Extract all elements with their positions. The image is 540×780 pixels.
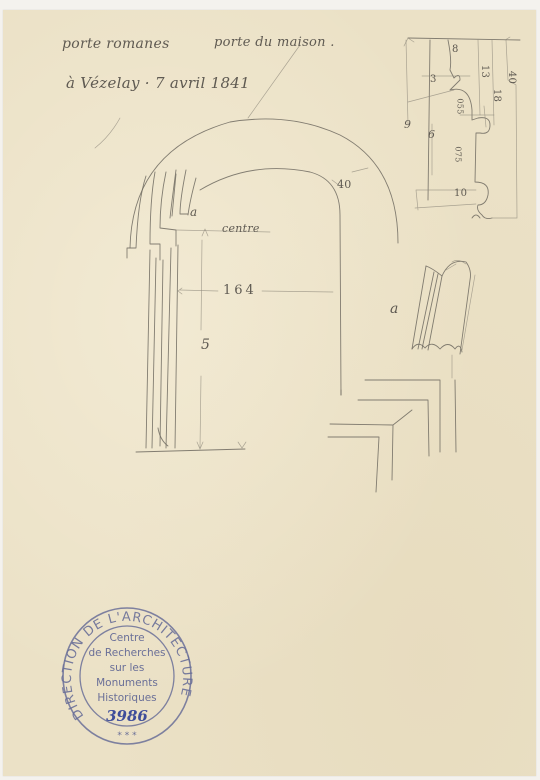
archive-stamp: DIRECTION DE L'ARCHITECTURE * * * Centre… (60, 604, 194, 750)
profile-dim-6: 6 (428, 128, 435, 141)
caption-right: porte du maison . (214, 35, 335, 50)
profile-dim-055: 055 (456, 98, 465, 114)
profile-dim-13: 13 (479, 65, 490, 78)
profile-dim-18: 18 (491, 89, 502, 102)
stamp-line-5: Historiques (60, 691, 194, 706)
dim-height-mark: 5 (201, 337, 210, 353)
label-a-arch: a (190, 205, 197, 219)
profile-dim-40: 40 (506, 71, 517, 84)
label-a-detail: a (390, 301, 399, 317)
label-centre: centre (222, 222, 260, 235)
stamp-line-1: Centre (60, 631, 194, 646)
profile-dim-8: 8 (452, 44, 459, 55)
caption-title: porte romanes (62, 36, 170, 52)
dim-arch-thickness: 40 (337, 178, 352, 191)
stamp-line-4: Monuments (60, 676, 194, 691)
capital-detail (412, 260, 475, 378)
stamp-line-2: de Recherches (60, 646, 194, 661)
arch-inner (200, 169, 341, 395)
profile-dim-10: 10 (454, 188, 467, 199)
threshold-line (136, 449, 245, 452)
construction-line (248, 45, 300, 118)
caption-place-date: à Vézelay · 7 avril 1841 (66, 74, 250, 92)
dim-opening-width: 164 (223, 283, 257, 298)
profile-dim-075: 075 (454, 146, 463, 162)
profile-dim-3: 3 (430, 74, 437, 85)
stamp-inventory-number: 3986 (60, 709, 194, 724)
profile-dim-9: 9 (404, 118, 411, 131)
stamp-line-3: sur les (60, 661, 194, 676)
arch-outer (130, 119, 398, 248)
